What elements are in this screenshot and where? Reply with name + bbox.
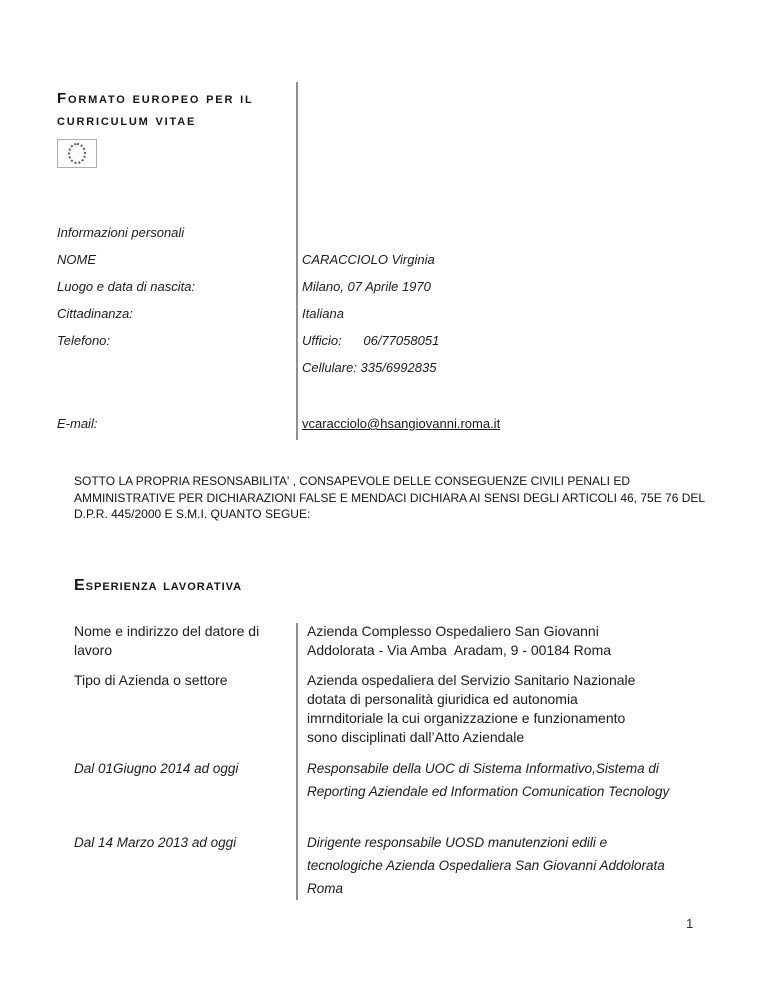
eu-stars-circle-icon: [68, 143, 86, 164]
eu-flag-icon: [57, 139, 97, 168]
experience-value-company-type: Azienda ospedaliera del Servizio Sanitar…: [296, 671, 712, 747]
cv-document-page: Formato europeo per il curriculum vitae …: [0, 0, 768, 994]
experience-value-employer: Azienda Complesso Ospedaliero San Giovan…: [296, 622, 712, 660]
info-row-cellulare: Cellulare: 335/6992835: [57, 359, 712, 377]
info-value-telefono-ufficio: Ufficio: 06/77058051: [302, 332, 712, 350]
info-row-cittadinanza: Cittadinanza: Italiana: [57, 305, 712, 323]
declaration-text: SOTTO LA PROPRIA RESONSABILITA' , CONSAP…: [74, 473, 734, 523]
info-row-nome: NOME CARACCIOLO Virginia: [57, 251, 712, 269]
experience-row-employer: Nome e indirizzo del datore di lavoro Az…: [74, 622, 712, 660]
experience-value-role-2013: Dirigente responsabile UOSD manutenzioni…: [296, 831, 712, 900]
experience-label-period-2014: Dal 01Giugno 2014 ad oggi: [74, 757, 296, 803]
info-label-telefono: Telefono:: [57, 332, 302, 350]
experience-row-2013: Dal 14 Marzo 2013 ad oggi Dirigente resp…: [74, 831, 712, 900]
personal-info-heading-row: Informazioni personali: [57, 224, 712, 242]
experience-row-company-type: Tipo di Azienda o settore Azienda ospeda…: [74, 671, 712, 747]
info-value-nascita: Milano, 07 Aprile 1970: [302, 278, 712, 296]
experience-row-2014: Dal 01Giugno 2014 ad oggi Responsabile d…: [74, 757, 712, 803]
info-label-nome: NOME: [57, 251, 302, 269]
title-line-2: curriculum vitae: [57, 110, 254, 132]
personal-info-heading: Informazioni personali: [57, 224, 302, 242]
title-line-1: Formato europeo per il: [57, 88, 254, 110]
experience-section: Nome e indirizzo del datore di lavoro Az…: [74, 622, 712, 900]
email-value-cell: vcaracciolo@hsangiovanni.roma.it: [302, 415, 712, 433]
info-value-telefono-cellulare: Cellulare: 335/6992835: [302, 359, 712, 377]
experience-value-role-2014: Responsabile della UOC di Sistema Inform…: [296, 757, 712, 803]
page-number: 1: [686, 916, 693, 931]
experience-label-company-type: Tipo di Azienda o settore: [74, 671, 296, 747]
experience-label-period-2013: Dal 14 Marzo 2013 ad oggi: [74, 831, 296, 900]
info-value-nome: CARACCIOLO Virginia: [302, 251, 712, 269]
email-row: E-mail: vcaracciolo@hsangiovanni.roma.it: [57, 415, 712, 433]
page-title: Formato europeo per il curriculum vitae: [57, 88, 254, 132]
info-value-cittadinanza: Italiana: [302, 305, 712, 323]
info-row-nascita: Luogo e data di nascita: Milano, 07 Apri…: [57, 278, 712, 296]
email-link[interactable]: vcaracciolo@hsangiovanni.roma.it: [302, 416, 500, 431]
info-label-cittadinanza: Cittadinanza:: [57, 305, 302, 323]
info-row-telefono: Telefono: Ufficio: 06/77058051: [57, 332, 712, 350]
experience-section-heading: Esperienza lavorativa: [74, 577, 242, 595]
personal-info-section: Informazioni personali NOME CARACCIOLO V…: [57, 224, 712, 386]
info-label-empty: [57, 359, 302, 377]
email-label: E-mail:: [57, 415, 302, 433]
info-label-nascita: Luogo e data di nascita:: [57, 278, 302, 296]
experience-label-employer: Nome e indirizzo del datore di lavoro: [74, 622, 296, 660]
